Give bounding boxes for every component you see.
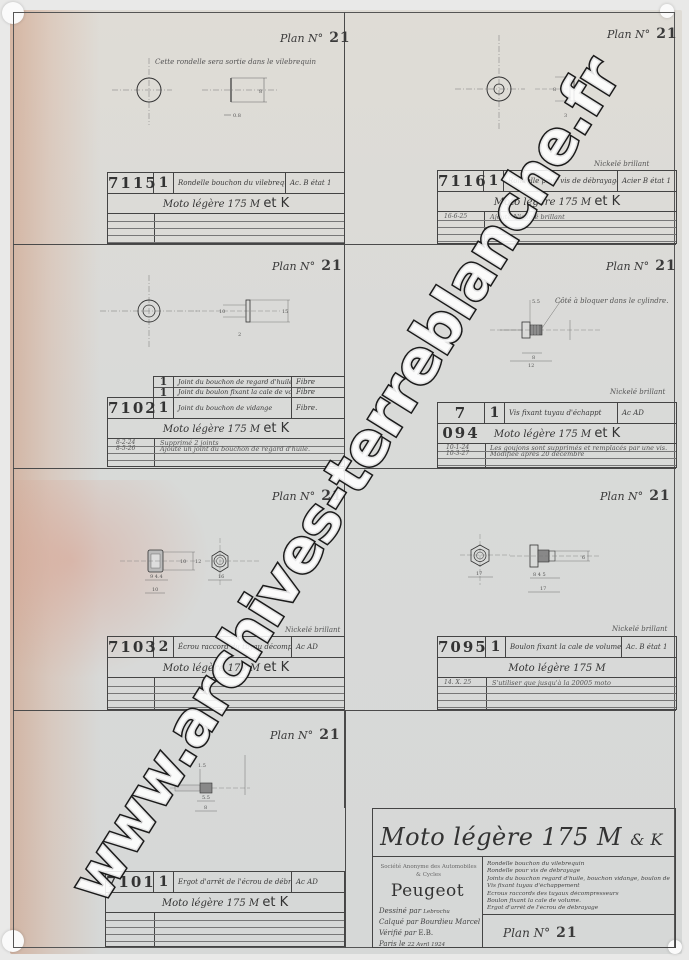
part-material: Ac AD	[292, 637, 344, 657]
part-title-block: 7 094 1 Vis fixant tuyau d'échappt Ac AD…	[437, 402, 677, 468]
svg-text:16: 16	[218, 574, 224, 580]
svg-text:10: 10	[180, 559, 186, 565]
part-quantity: 1	[485, 403, 505, 423]
part-title-block: 7115 1 Rondelle bouchon du vilebrequin A…	[107, 172, 345, 244]
svg-text:9 4.4: 9 4.4	[150, 574, 163, 580]
part-quantity: 1	[486, 637, 506, 657]
items-table: 1 Joint du bouchon de regard d'huile Fib…	[153, 376, 345, 397]
part-title-block: 7101 1 Ergot d'arrêt de l'écrou de débra…	[105, 871, 345, 947]
revision-table	[106, 912, 344, 947]
part-quantity: 1	[154, 872, 174, 892]
finish-note: Nickelé brillant	[610, 388, 665, 396]
company-block: Société Anonyme des Automobiles& Cycles …	[373, 857, 483, 947]
model-designation: Moto légère 175 M et K	[108, 193, 344, 213]
bolt-drawing: 17 6 8 4 5 17	[450, 530, 610, 600]
part-quantity: 2	[154, 637, 174, 657]
svg-text:8: 8	[259, 89, 262, 95]
part-material: Ac AD	[292, 872, 344, 892]
grid-divider	[345, 710, 346, 948]
part-title-block: 7095 1 Boulon fixant la cale de volume A…	[437, 636, 677, 710]
part-number: 7 094	[438, 403, 485, 423]
washer-drawing: 8 0.8	[112, 55, 282, 130]
plan-number-label: Plan N°21	[280, 30, 351, 46]
main-title-block: Moto légère 175 M & K Société Anonyme de…	[372, 808, 676, 948]
svg-text:6: 6	[582, 555, 585, 561]
model-designation: Moto légère 175 M et K	[438, 423, 676, 443]
part-material: Ac. B état 1	[622, 637, 676, 657]
finish-note: Nickelé brillant	[612, 625, 667, 633]
svg-text:5.5: 5.5	[202, 795, 210, 801]
svg-text:12: 12	[195, 559, 201, 565]
svg-text:8 4 5: 8 4 5	[533, 572, 546, 578]
plan-number-label: Plan N°21	[600, 488, 671, 504]
part-title-block: 7102 1 Joint du bouchon de vidange Fibre…	[107, 397, 345, 467]
revision-table: 8-2-24 Supprimé 2 joints 8-5-26 Ajouté u…	[108, 438, 344, 467]
gasket-drawing: 10 15 2	[100, 270, 300, 350]
part-number: 7115	[108, 173, 154, 193]
model-designation: Moto légère 175 M et K	[106, 892, 344, 912]
sheet-title: Moto légère 175 M & K	[373, 809, 675, 857]
part-description: Vis fixant tuyau d'échappt	[505, 403, 618, 423]
svg-text:15: 15	[282, 309, 288, 315]
part-quantity: 1	[154, 398, 174, 418]
part-quantity: 1	[154, 173, 174, 193]
traced-by: Calqué par Bourdieu Marcel	[379, 918, 480, 926]
part-description: Joint du bouchon de vidange	[174, 398, 292, 418]
plan-number-label: Plan N°21	[270, 727, 341, 743]
part-number: 7103	[108, 637, 154, 657]
svg-text:5.5: 5.5	[532, 299, 540, 305]
revision-table	[108, 213, 344, 244]
model-designation: Moto légère 175 M	[438, 657, 676, 677]
svg-text:17: 17	[476, 571, 482, 577]
company-name: Société Anonyme des Automobiles& Cycles	[377, 863, 480, 879]
revision-table: 14. X. 25 S'utiliser que jusqu'à la 2000…	[438, 677, 676, 710]
screw-drawing: 5.5 8 12	[490, 295, 610, 370]
svg-text:0.8: 0.8	[233, 113, 241, 119]
svg-text:17: 17	[540, 586, 546, 592]
part-description: Boulon fixant la cale de volume	[506, 637, 622, 657]
plan-number-label: Plan N°21	[606, 258, 677, 274]
svg-text:12: 12	[528, 363, 534, 369]
place-date: Paris le 22 Avril 1924	[379, 940, 445, 948]
revision-table: 10-1-24 Les goujons sont supprimés et re…	[438, 443, 676, 468]
svg-text:10: 10	[152, 587, 158, 593]
part-number: 7116	[438, 171, 484, 191]
plan-number-box: Plan N°21	[483, 915, 675, 947]
svg-text:10: 10	[219, 309, 225, 315]
part-material: Ac. B état 1	[286, 173, 344, 193]
part-description: Rondelle bouchon du vilebrequin	[174, 173, 286, 193]
parts-list: Rondelle bouchon du vilebrequin Rondelle…	[483, 857, 675, 915]
brand-logo: Peugeot	[373, 881, 482, 901]
plan-number-label: Plan N°21	[607, 26, 678, 42]
svg-text:8: 8	[532, 355, 535, 361]
model-designation: Moto légère 175 M et K	[108, 418, 344, 438]
part-material: Fibre.	[292, 398, 344, 418]
part-material: Acier B état 1	[618, 171, 676, 191]
plan-number-label: Plan N°21	[503, 925, 578, 941]
checked-by: Vérifié par E.B.	[379, 929, 433, 937]
svg-text:8: 8	[204, 805, 207, 811]
part-number: 7102	[108, 398, 154, 418]
svg-text:2: 2	[238, 332, 241, 338]
drawn-by: Dessiné par Lebrochu	[379, 907, 450, 915]
grid-divider	[13, 244, 676, 245]
part-description: Ergot d'arrêt de l'écrou de débrayage	[174, 872, 292, 892]
part-material: Ac AD	[618, 403, 676, 423]
part-number: 7095	[438, 637, 486, 657]
finish-note: Nickelé brillant	[594, 160, 649, 168]
